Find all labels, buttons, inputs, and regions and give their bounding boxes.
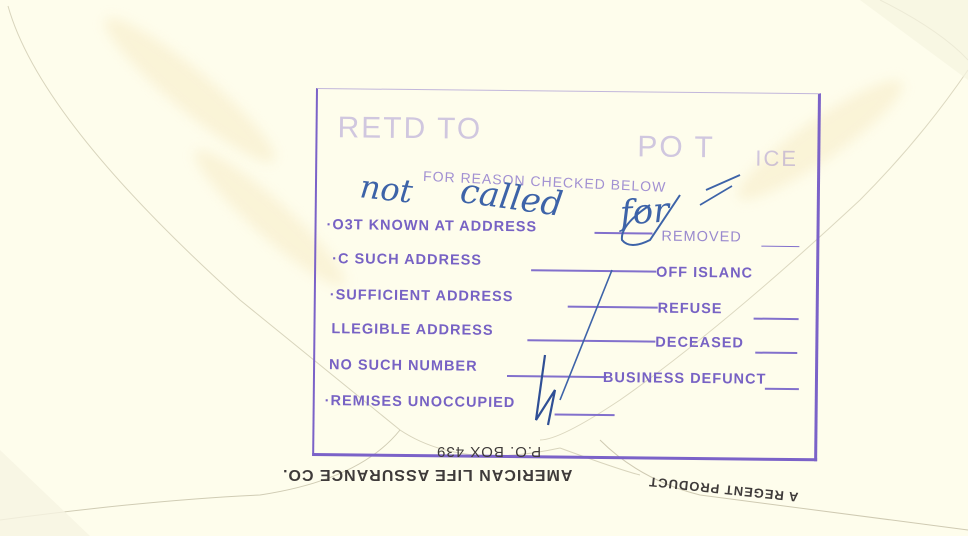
return-address-company: AMERICAN LIFE ASSURANCE CO. xyxy=(282,465,572,483)
return-address-po-box: P.O. BOX 439 xyxy=(436,443,541,460)
envelope-back: RETD TO PO T ICE FOR REASON CHECKED BELO… xyxy=(0,0,968,536)
